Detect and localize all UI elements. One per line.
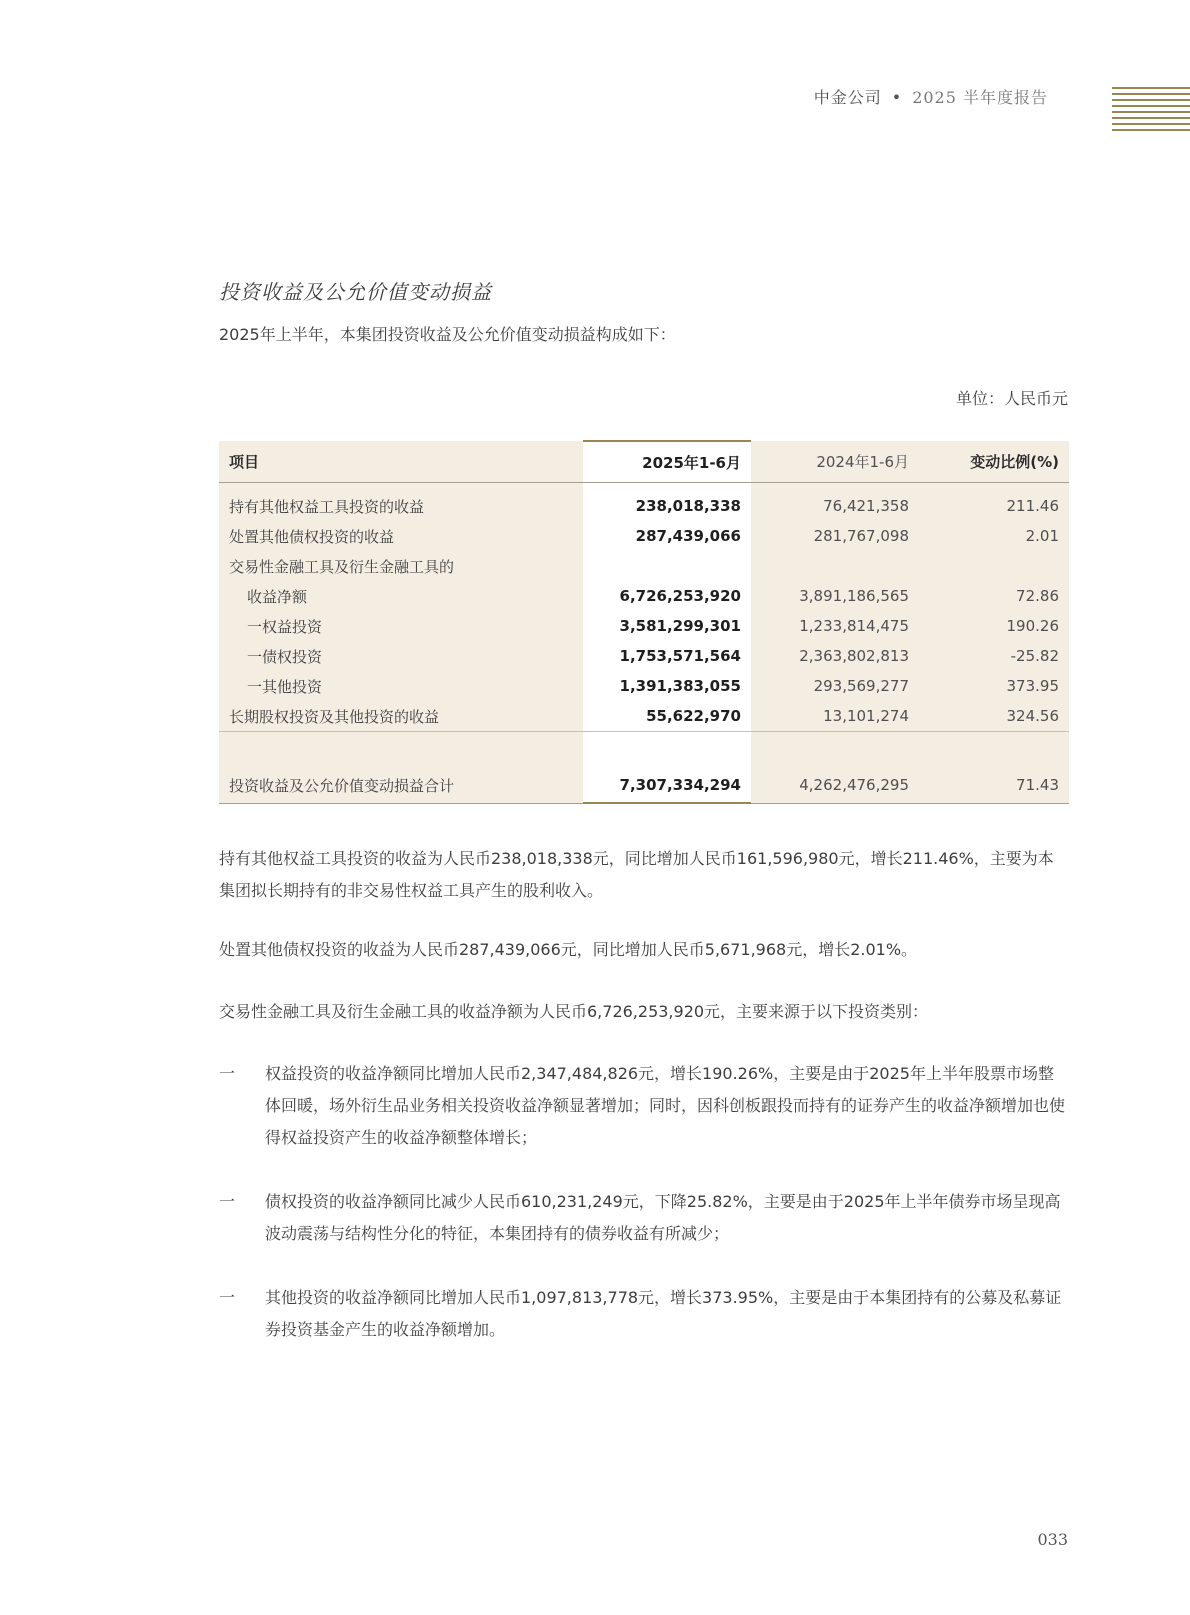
row-prior: 3,891,186,565 [751, 581, 919, 611]
row-prior: 1,233,814,475 [751, 611, 919, 641]
decorative-stripes-icon [1112, 87, 1190, 135]
row-change: 211.46 [919, 483, 1069, 522]
row-item: 长期股权投资及其他投资的收益 [219, 701, 583, 732]
company-name: 中金公司 [814, 88, 882, 107]
spacer-cell [919, 732, 1069, 769]
total-prior: 4,262,476,295 [751, 768, 919, 803]
paragraph-trading-instruments: 交易性金融工具及衍生金融工具的收益净额为人民币6,726,253,920元，主要… [219, 996, 1069, 1028]
row-change: 2.01 [919, 521, 1069, 551]
dash-bullet-icon: 一 [219, 1058, 249, 1090]
table-row: 一权益投资 3,581,299,301 1,233,814,475 190.26 [219, 611, 1069, 641]
row-item: 一其他投资 [219, 671, 583, 701]
table-row: 一其他投资 1,391,383,055 293,569,277 373.95 [219, 671, 1069, 701]
row-current: 1,391,383,055 [583, 671, 751, 701]
table-spacer-row [219, 732, 1069, 769]
row-prior: 76,421,358 [751, 483, 919, 522]
row-current [583, 551, 751, 581]
investment-income-table: 项目 2025年1-6月 2024年1-6月 变动比例(%) 持有其他权益工具投… [219, 440, 1069, 804]
total-current: 7,307,334,294 [583, 768, 751, 803]
row-change: -25.82 [919, 641, 1069, 671]
row-current: 238,018,338 [583, 483, 751, 522]
row-change: 190.26 [919, 611, 1069, 641]
table-row: 长期股权投资及其他投资的收益 55,622,970 13,101,274 324… [219, 701, 1069, 732]
row-change: 72.86 [919, 581, 1069, 611]
row-item: 一权益投资 [219, 611, 583, 641]
running-header: 中金公司•2025 半年度报告 [814, 85, 1048, 108]
bullet-debt-investment: 一 债权投资的收益净额同比减少人民币610,231,249元，下降25.82%，… [219, 1186, 1069, 1250]
header-current-period: 2025年1-6月 [583, 441, 751, 483]
row-prior: 13,101,274 [751, 701, 919, 732]
table-header-row: 项目 2025年1-6月 2024年1-6月 变动比例(%) [219, 441, 1069, 483]
row-item: 处置其他债权投资的收益 [219, 521, 583, 551]
row-current: 6,726,253,920 [583, 581, 751, 611]
total-item: 投资收益及公允价值变动损益合计 [219, 768, 583, 803]
row-current: 3,581,299,301 [583, 611, 751, 641]
row-item: 一债权投资 [219, 641, 583, 671]
row-current: 55,622,970 [583, 701, 751, 732]
row-prior: 2,363,802,813 [751, 641, 919, 671]
table-row: 一债权投资 1,753,571,564 2,363,802,813 -25.82 [219, 641, 1069, 671]
table-total-row: 投资收益及公允价值变动损益合计 7,307,334,294 4,262,476,… [219, 768, 1069, 803]
bullet-other-investment: 一 其他投资的收益净额同比增加人民币1,097,813,778元，增长373.9… [219, 1282, 1069, 1346]
table-row: 交易性金融工具及衍生金融工具的 [219, 551, 1069, 581]
bullet-text: 其他投资的收益净额同比增加人民币1,097,813,778元，增长373.95%… [265, 1282, 1069, 1346]
row-prior: 281,767,098 [751, 521, 919, 551]
report-title: 2025 半年度报告 [912, 88, 1048, 107]
row-change [919, 551, 1069, 581]
header-change-pct: 变动比例(%) [919, 441, 1069, 483]
header-item: 项目 [219, 441, 583, 483]
page-number: 033 [1037, 1530, 1068, 1549]
spacer-cell [583, 732, 751, 769]
spacer-cell [219, 732, 583, 769]
row-change: 373.95 [919, 671, 1069, 701]
bullet-text: 债权投资的收益净额同比减少人民币610,231,249元，下降25.82%，主要… [265, 1186, 1069, 1250]
row-item: 持有其他权益工具投资的收益 [219, 483, 583, 522]
header-prior-period: 2024年1-6月 [751, 441, 919, 483]
row-item: 收益净额 [219, 581, 583, 611]
row-current: 1,753,571,564 [583, 641, 751, 671]
total-change: 71.43 [919, 768, 1069, 803]
separator-dot: • [892, 88, 902, 107]
dash-bullet-icon: 一 [219, 1186, 249, 1218]
unit-label: 单位：人民币元 [956, 386, 1068, 409]
row-prior: 293,569,277 [751, 671, 919, 701]
bullet-text: 权益投资的收益净额同比增加人民币2,347,484,826元，增长190.26%… [265, 1058, 1069, 1154]
table-row: 收益净额 6,726,253,920 3,891,186,565 72.86 [219, 581, 1069, 611]
row-item: 交易性金融工具及衍生金融工具的 [219, 551, 583, 581]
spacer-cell [751, 732, 919, 769]
section-title: 投资收益及公允价值变动损益 [219, 276, 492, 305]
paragraph-debt-disposal: 处置其他债权投资的收益为人民币287,439,066元，同比增加人民币5,671… [219, 934, 1069, 966]
intro-text: 2025年上半年，本集团投资收益及公允价值变动损益构成如下： [219, 322, 676, 345]
row-change: 324.56 [919, 701, 1069, 732]
paragraph-equity-instruments: 持有其他权益工具投资的收益为人民币238,018,338元，同比增加人民币161… [219, 843, 1069, 907]
row-prior [751, 551, 919, 581]
row-current: 287,439,066 [583, 521, 751, 551]
table-row: 持有其他权益工具投资的收益 238,018,338 76,421,358 211… [219, 483, 1069, 522]
dash-bullet-icon: 一 [219, 1282, 249, 1314]
table-row: 处置其他债权投资的收益 287,439,066 281,767,098 2.01 [219, 521, 1069, 551]
bullet-equity-investment: 一 权益投资的收益净额同比增加人民币2,347,484,826元，增长190.2… [219, 1058, 1069, 1154]
